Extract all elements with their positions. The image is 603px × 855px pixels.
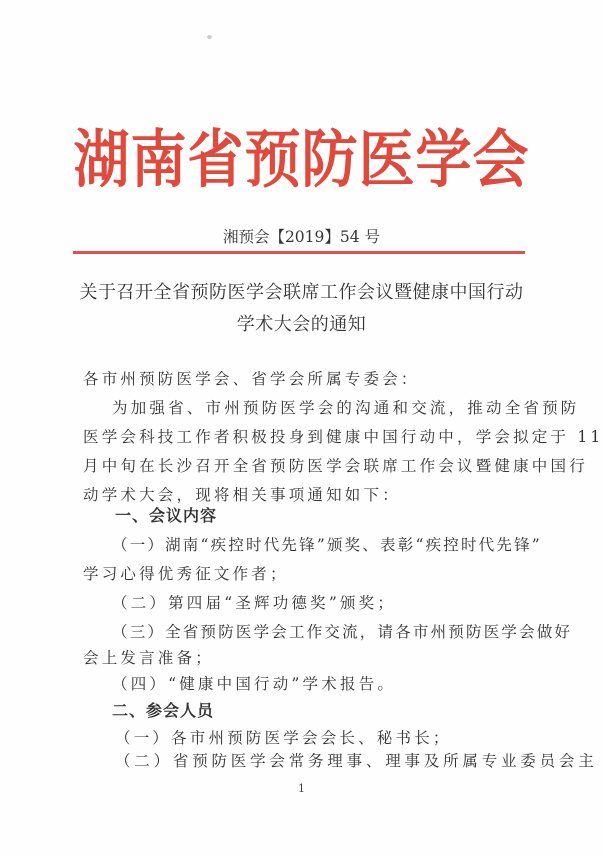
salutation: 各市州预防医学会、省学会所属专委会： xyxy=(83,368,420,390)
org-title: 湖南省预防医学会 xyxy=(0,115,603,205)
document-page: 湖南省预防医学会 湘预会【2019】54 号 关于召开全省预防医学会联席工作会议… xyxy=(0,0,603,855)
section-heading-attendees: 二、参会人员 xyxy=(112,700,214,722)
doc-number: 湘预会【2019】54 号 xyxy=(0,226,603,248)
section2-item-1: （一）各市州预防医学会会长、秘书长； xyxy=(115,727,452,749)
page-number: 1 xyxy=(0,782,603,795)
intro-line-3: 月中旬在长沙召开全省预防医学会联席工作会议暨健康中国行 xyxy=(83,455,588,477)
intro-line-2: 医学会科技工作者积极投身到健康中国行动中，学会拟定于 11 xyxy=(83,426,603,448)
section1-item-1: （一）湖南“疾控时代先锋”颁奖、表彰“疾控时代先锋” xyxy=(112,534,542,556)
section1-item-4: （四）“健康中国行动”学术报告。 xyxy=(112,673,396,695)
section1-item-2: （二）第四届“圣辉功德奖”颁奖； xyxy=(112,592,396,614)
intro-line-4: 动学术大会，现将相关事项通知如下： xyxy=(83,484,401,506)
section2-item-2: （二）省预防医学会常务理事、理事及所属专业委员会主 xyxy=(115,750,598,772)
intro-line-1: 为加强省、市州预防医学会的沟通和交流，推动全省预防 xyxy=(112,397,580,419)
section-heading-meeting-content: 一、会议内容 xyxy=(115,505,217,527)
scan-speck xyxy=(207,35,212,39)
section1-item-3: （三）全省预防医学会工作交流，请各市州预防医学会做好 xyxy=(112,621,572,643)
section1-item-3-cont: 会上发言准备； xyxy=(83,647,214,669)
red-divider-rule xyxy=(73,251,525,254)
doc-title-line-2: 学术大会的通知 xyxy=(60,312,543,338)
section1-item-1-cont: 学习心得优秀征文作者； xyxy=(83,563,289,585)
doc-title-line-1: 关于召开全省预防医学会联席工作会议暨健康中国行动 xyxy=(60,280,543,306)
